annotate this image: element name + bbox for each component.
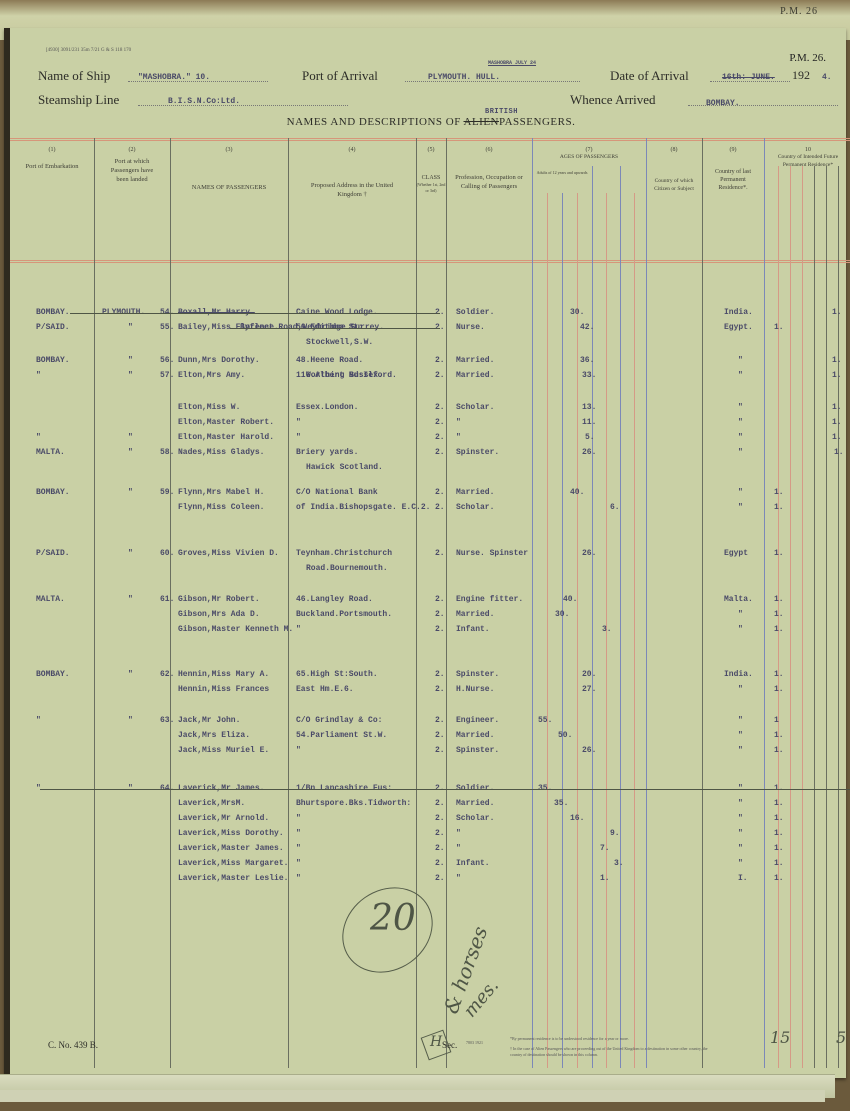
last-residence: " bbox=[738, 844, 743, 853]
class-value: 2. bbox=[435, 746, 445, 755]
col-4-header: (4)Proposed Address in the United Kingdo… bbox=[288, 146, 416, 200]
address-line-1: C/O Grindlay & Co: bbox=[296, 716, 382, 725]
age-value: 30. bbox=[555, 610, 569, 619]
sec-code: 7803 1921 bbox=[466, 1040, 486, 1046]
age-value: 30. bbox=[570, 308, 584, 317]
future-residence-mark: 1. bbox=[832, 308, 842, 317]
form-number: C. No. 439 B. bbox=[48, 1040, 98, 1050]
occupation: Soldier. bbox=[456, 308, 494, 317]
port-value: PLYMOUTH. HULL. bbox=[428, 73, 500, 82]
address-line-1: East Hm.E.6. bbox=[296, 685, 354, 694]
boxed-letter: H bbox=[430, 1034, 442, 1050]
occupation: Engineer. bbox=[456, 716, 499, 725]
last-residence: " bbox=[738, 503, 743, 512]
last-residence: " bbox=[738, 859, 743, 868]
age-value: 3. bbox=[614, 859, 624, 868]
class-value: 2. bbox=[435, 503, 445, 512]
col-5-header: (5)CLASS(Whether 1st, 2nd or 3rd) bbox=[416, 146, 446, 193]
future-residence-mark: 1. bbox=[774, 323, 784, 332]
page-title: NAMES AND DESCRIPTIONS OF ALIENPASSENGER… bbox=[10, 116, 850, 128]
footnote-2: † In the case of Alien Passengers who ar… bbox=[510, 1046, 720, 1059]
occupation: Married. bbox=[456, 610, 494, 619]
future-residence-mark: 1. bbox=[774, 731, 784, 740]
address-line-2: Stockwell,S.W. bbox=[306, 338, 373, 347]
address-line-1: " bbox=[296, 829, 301, 838]
occupation: Nurse. Spinster bbox=[456, 549, 528, 558]
occupation: " bbox=[456, 829, 461, 838]
port-of-embarkation: BOMBAY. bbox=[36, 356, 70, 365]
class-value: 2. bbox=[435, 371, 445, 380]
address-line-1: Briery yards. bbox=[296, 448, 358, 457]
occupation: Scholar. bbox=[456, 403, 494, 412]
future-residence-mark: 1. bbox=[774, 874, 784, 883]
whence-label: Whence Arrived bbox=[570, 92, 656, 108]
col-7-header: (7)AGES OF PASSENGERS Adults of 12 years… bbox=[532, 146, 646, 175]
class-value: 2. bbox=[435, 685, 445, 694]
occupation: Engine fitter. bbox=[456, 595, 523, 604]
address-line-1: Bhurtspore.Bks.Tidworth: bbox=[296, 799, 411, 808]
passenger-name: Laverick,Miss Dorothy. bbox=[178, 829, 284, 838]
age-value: 50. bbox=[558, 731, 572, 740]
class-value: 2. bbox=[435, 549, 445, 558]
passenger-name: Gibson,Mr Robert. bbox=[178, 595, 260, 604]
class-value: 2. bbox=[435, 595, 445, 604]
occupation: " bbox=[456, 874, 461, 883]
col-10-header: 10Country of Intended Future Permanent R… bbox=[764, 146, 850, 169]
passenger-name: Nades,Miss Gladys. bbox=[178, 448, 264, 457]
passenger-name: Hennin,Miss Mary A. bbox=[178, 670, 269, 679]
last-residence: " bbox=[738, 731, 743, 740]
entry-number: 59. bbox=[160, 488, 174, 497]
port-of-embarkation: P/SAID. bbox=[36, 549, 70, 558]
future-residence-mark: 1. bbox=[774, 844, 784, 853]
age-value: 6. bbox=[610, 503, 620, 512]
address-line-1: 116.Albert Rd:Ilford. bbox=[296, 371, 397, 380]
passenger-name: Elton,Miss W. bbox=[178, 403, 240, 412]
last-residence: " bbox=[738, 488, 743, 497]
col-1-header: (1)Port of Embarkation bbox=[10, 146, 94, 172]
passenger-name: Jack,Mrs Eliza. bbox=[178, 731, 250, 740]
occupation: " bbox=[456, 844, 461, 853]
future-residence-mark: 1. bbox=[832, 371, 842, 380]
occupation: Scholar. bbox=[456, 503, 494, 512]
last-residence: " bbox=[738, 433, 743, 442]
entry-number: 56. bbox=[160, 356, 174, 365]
age-value: 26. bbox=[582, 549, 596, 558]
future-residence-mark: 1. bbox=[774, 503, 784, 512]
port-of-embarkation: " bbox=[36, 433, 41, 442]
passenger-name: Hennin,Miss Frances bbox=[178, 685, 269, 694]
age-value: 33. bbox=[582, 371, 596, 380]
future-residence-mark: 1. bbox=[774, 670, 784, 679]
address-line-1: " bbox=[296, 844, 301, 853]
address-line-1: " bbox=[296, 859, 301, 868]
age-value: 42. bbox=[580, 323, 594, 332]
occupation: Married. bbox=[456, 371, 494, 380]
address-line-1: " bbox=[296, 746, 301, 755]
entry-number: 61. bbox=[160, 595, 174, 604]
future-residence-mark: 1. bbox=[774, 799, 784, 808]
class-value: 2. bbox=[435, 829, 445, 838]
class-value: 2. bbox=[435, 356, 445, 365]
class-value: 2. bbox=[435, 814, 445, 823]
port-landed: " bbox=[128, 549, 133, 558]
port-landed: " bbox=[128, 323, 133, 332]
stamp-above-port: MASHOBRA JULY 24 bbox=[488, 60, 536, 66]
address-line-2: Road.Bournemouth. bbox=[306, 564, 388, 573]
occupation: Spinster. bbox=[456, 670, 499, 679]
age-value: 40. bbox=[570, 488, 584, 497]
address-line-1: " bbox=[296, 418, 301, 427]
port-of-embarkation: BOMBAY. bbox=[36, 670, 70, 679]
port-of-embarkation: " bbox=[36, 371, 41, 380]
date-label: Date of Arrival bbox=[610, 68, 689, 84]
last-residence: " bbox=[738, 814, 743, 823]
occupation: " bbox=[456, 418, 461, 427]
future-residence-mark: 1. bbox=[774, 595, 784, 604]
date-year: 192 bbox=[792, 68, 810, 83]
occupation: Nurse. bbox=[456, 323, 485, 332]
class-value: 2. bbox=[435, 488, 445, 497]
passenger-name: Flynn,Mrs Mabel H. bbox=[178, 488, 264, 497]
occupation: Spinster. bbox=[456, 746, 499, 755]
address-line-1: Buckland.Portsmouth. bbox=[296, 610, 392, 619]
future-residence-mark: 1. bbox=[832, 433, 842, 442]
class-value: 2. bbox=[435, 799, 445, 808]
strike-through-line bbox=[230, 328, 440, 329]
occupation: Infant. bbox=[456, 859, 490, 868]
col-6-header: (6)Profession, Occupation or Calling of … bbox=[446, 146, 532, 192]
port-of-embarkation: P/SAID. bbox=[36, 323, 70, 332]
passenger-name: Jack,Mr John. bbox=[178, 716, 240, 725]
future-residence-mark: 1 bbox=[774, 716, 779, 725]
last-residence: Egypt bbox=[724, 549, 748, 558]
port-of-embarkation: " bbox=[36, 716, 41, 725]
future-residence-mark: 1. bbox=[832, 418, 842, 427]
folded-page-edge-2 bbox=[0, 1090, 825, 1102]
address-line-2: Hawick Scotland. bbox=[306, 463, 383, 472]
class-value: 2. bbox=[435, 418, 445, 427]
line-label: Steamship Line bbox=[38, 92, 119, 108]
last-residence: Egypt. bbox=[724, 323, 753, 332]
last-residence: India. bbox=[724, 308, 753, 317]
age-value: 9. bbox=[610, 829, 620, 838]
ship-value: "MASHOBRA." 10. bbox=[138, 73, 210, 82]
passenger-name: Laverick,Master Leslie. bbox=[178, 874, 288, 883]
occupation: Married. bbox=[456, 488, 494, 497]
class-value: 2. bbox=[435, 731, 445, 740]
age-value: 36. bbox=[580, 356, 594, 365]
passenger-name: Dunn,Mrs Dorothy. bbox=[178, 356, 260, 365]
address-line-1: 46.Langley Road. bbox=[296, 595, 373, 604]
future-residence-mark: 1. bbox=[834, 448, 844, 457]
title-struck-word: ALIEN bbox=[464, 116, 500, 128]
future-residence-mark: 1. bbox=[774, 814, 784, 823]
sec-label: Sec. bbox=[442, 1040, 457, 1050]
age-value: 11. bbox=[582, 418, 596, 427]
address-line-1: 54.Parliament St.W. bbox=[296, 731, 387, 740]
class-value: 2. bbox=[435, 448, 445, 457]
port-landed: " bbox=[128, 595, 133, 604]
age-value: 1. bbox=[600, 874, 610, 883]
last-residence: " bbox=[738, 716, 743, 725]
last-residence: " bbox=[738, 746, 743, 755]
class-value: 2. bbox=[435, 859, 445, 868]
age-value: 5. bbox=[585, 433, 595, 442]
port-of-embarkation: MALTA. bbox=[36, 448, 65, 457]
date-value: 16th: JUNE. bbox=[722, 73, 775, 82]
passenger-manifest-sheet: [4930] 3091/231 35m 7/21 G & S 118 170 P… bbox=[4, 28, 846, 1078]
address-line-1: " bbox=[296, 874, 301, 883]
entry-number: 55. bbox=[160, 323, 174, 332]
circled-count: 20 bbox=[370, 898, 416, 939]
strike-through-line bbox=[40, 789, 850, 790]
last-residence: " bbox=[738, 418, 743, 427]
age-value: 26. bbox=[582, 746, 596, 755]
occupation: Scholar. bbox=[456, 814, 494, 823]
port-landed: " bbox=[128, 371, 133, 380]
occupation: Married. bbox=[456, 731, 494, 740]
last-residence: " bbox=[738, 799, 743, 808]
age-value: 7. bbox=[600, 844, 610, 853]
entry-number: 62. bbox=[160, 670, 174, 679]
passenger-name: Elton,Mrs Amy. bbox=[178, 371, 245, 380]
strike-through-line bbox=[70, 313, 440, 314]
address-line-1: 65.High St:South. bbox=[296, 670, 378, 679]
class-value: 2. bbox=[435, 610, 445, 619]
passenger-name: Laverick,Master James. bbox=[178, 844, 284, 853]
entry-number: 63. bbox=[160, 716, 174, 725]
port-of-embarkation: MALTA. bbox=[36, 595, 65, 604]
port-landed: " bbox=[128, 356, 133, 365]
last-residence: " bbox=[738, 625, 743, 634]
address-line-1: C/O National Bank bbox=[296, 488, 378, 497]
address-line-1: of India.Bishopsgate. E.C.2. bbox=[296, 503, 430, 512]
last-residence: " bbox=[738, 829, 743, 838]
ship-label: Name of Ship bbox=[38, 68, 110, 84]
class-value: 2. bbox=[435, 716, 445, 725]
form-id: P.M. 26. bbox=[789, 52, 826, 64]
last-residence: " bbox=[738, 685, 743, 694]
last-residence: Malta. bbox=[724, 595, 753, 604]
future-residence-mark: 1. bbox=[774, 625, 784, 634]
underlying-form-id: P.M. 26 bbox=[780, 6, 818, 17]
future-residence-mark: 1. bbox=[774, 610, 784, 619]
age-value: 27. bbox=[582, 685, 596, 694]
entry-number: 57. bbox=[160, 371, 174, 380]
age-value: 16. bbox=[570, 814, 584, 823]
entry-number: 60. bbox=[160, 549, 174, 558]
address-line-1: " bbox=[296, 433, 301, 442]
passenger-name: Flynn,Miss Coleen. bbox=[178, 503, 264, 512]
age-value: 3. bbox=[602, 625, 612, 634]
age-value: 26. bbox=[582, 448, 596, 457]
address-line-1: " bbox=[296, 625, 301, 634]
address-line-1: Essex.London. bbox=[296, 403, 358, 412]
class-value: 2. bbox=[435, 433, 445, 442]
port-of-embarkation: BOMBAY. bbox=[36, 308, 70, 317]
class-value: 2. bbox=[435, 844, 445, 853]
class-value: 2. bbox=[435, 670, 445, 679]
last-residence: India. bbox=[724, 670, 753, 679]
port-of-embarkation: BOMBAY. bbox=[36, 488, 70, 497]
future-residence-mark: 1. bbox=[832, 403, 842, 412]
future-residence-mark: 1. bbox=[774, 488, 784, 497]
future-residence-mark: 1. bbox=[774, 746, 784, 755]
occupation: Spinster. bbox=[456, 448, 499, 457]
future-residence-mark: 1. bbox=[774, 859, 784, 868]
last-residence: " bbox=[738, 403, 743, 412]
passenger-name: Laverick,Mr Arnold. bbox=[178, 814, 269, 823]
whence-value: BOMBAY. bbox=[706, 99, 740, 108]
col-2-header: (2)Port at which Passengers have been la… bbox=[94, 146, 170, 188]
col-8-header: (8)Country of which Citizen or Subject bbox=[646, 146, 702, 193]
form-code: [4930] 3091/231 35m 7/21 G & S 118 170 bbox=[46, 48, 131, 53]
age-value: 35. bbox=[554, 799, 568, 808]
occupation: Married. bbox=[456, 356, 494, 365]
col-3-header: (3)NAMES OF PASSENGERS bbox=[170, 146, 288, 193]
passenger-name: Laverick,Miss Margaret. bbox=[178, 859, 288, 868]
future-residence-mark: 1. bbox=[774, 685, 784, 694]
port-label: Port of Arrival bbox=[302, 68, 378, 84]
occupation: " bbox=[456, 433, 461, 442]
col-9-header: (9)Country of last Permanent Residence*. bbox=[702, 146, 764, 192]
passenger-name: Gibson,Mrs Ada D. bbox=[178, 610, 260, 619]
title-inserted-word: BRITISH bbox=[485, 108, 518, 116]
age-value: 55. bbox=[538, 716, 552, 725]
line-value: B.I.S.N.Co:Ltd. bbox=[168, 97, 240, 106]
port-landed: " bbox=[128, 488, 133, 497]
last-residence: I. bbox=[738, 874, 748, 883]
occupation: H.Nurse. bbox=[456, 685, 494, 694]
port-landed: " bbox=[128, 433, 133, 442]
port-landed: " bbox=[128, 448, 133, 457]
passenger-name: Elton,Master Harold. bbox=[178, 433, 274, 442]
port-landed: " bbox=[128, 670, 133, 679]
passenger-name: Jack,Miss Muriel E. bbox=[178, 746, 269, 755]
class-value: 2. bbox=[435, 874, 445, 883]
port-landed: " bbox=[128, 716, 133, 725]
margin-mark-1: 15 bbox=[770, 1028, 790, 1047]
occupation: Married. bbox=[456, 799, 494, 808]
age-value: 20. bbox=[582, 670, 596, 679]
class-value: 2. bbox=[435, 403, 445, 412]
future-residence-mark: 1. bbox=[774, 549, 784, 558]
future-residence-mark: 1. bbox=[832, 356, 842, 365]
passenger-name: Laverick,MrsM. bbox=[178, 799, 245, 808]
last-residence: " bbox=[738, 610, 743, 619]
last-residence: " bbox=[738, 371, 743, 380]
address-line-1: " bbox=[296, 814, 301, 823]
occupation: Infant. bbox=[456, 625, 490, 634]
last-residence: " bbox=[738, 448, 743, 457]
passenger-name: Gibson,Master Kenneth M. bbox=[178, 625, 293, 634]
passenger-name: Groves,Miss Vivien D. bbox=[178, 549, 279, 558]
margin-mark-2: 5 bbox=[836, 1028, 846, 1047]
future-residence-mark: 1. bbox=[774, 829, 784, 838]
class-value: 2. bbox=[435, 625, 445, 634]
passenger-name: Elton,Master Robert. bbox=[178, 418, 274, 427]
address-line-1: 48.Heene Road. bbox=[296, 356, 363, 365]
date-year-suffix: 4. bbox=[822, 73, 832, 82]
entry-number: 58. bbox=[160, 448, 174, 457]
age-value: 40. bbox=[563, 595, 577, 604]
last-residence: " bbox=[738, 356, 743, 365]
footnote-1: *By permanent residence is to be underst… bbox=[510, 1036, 720, 1042]
age-value: 13. bbox=[582, 403, 596, 412]
address-line-1: Teynham.Christchurch bbox=[296, 549, 392, 558]
